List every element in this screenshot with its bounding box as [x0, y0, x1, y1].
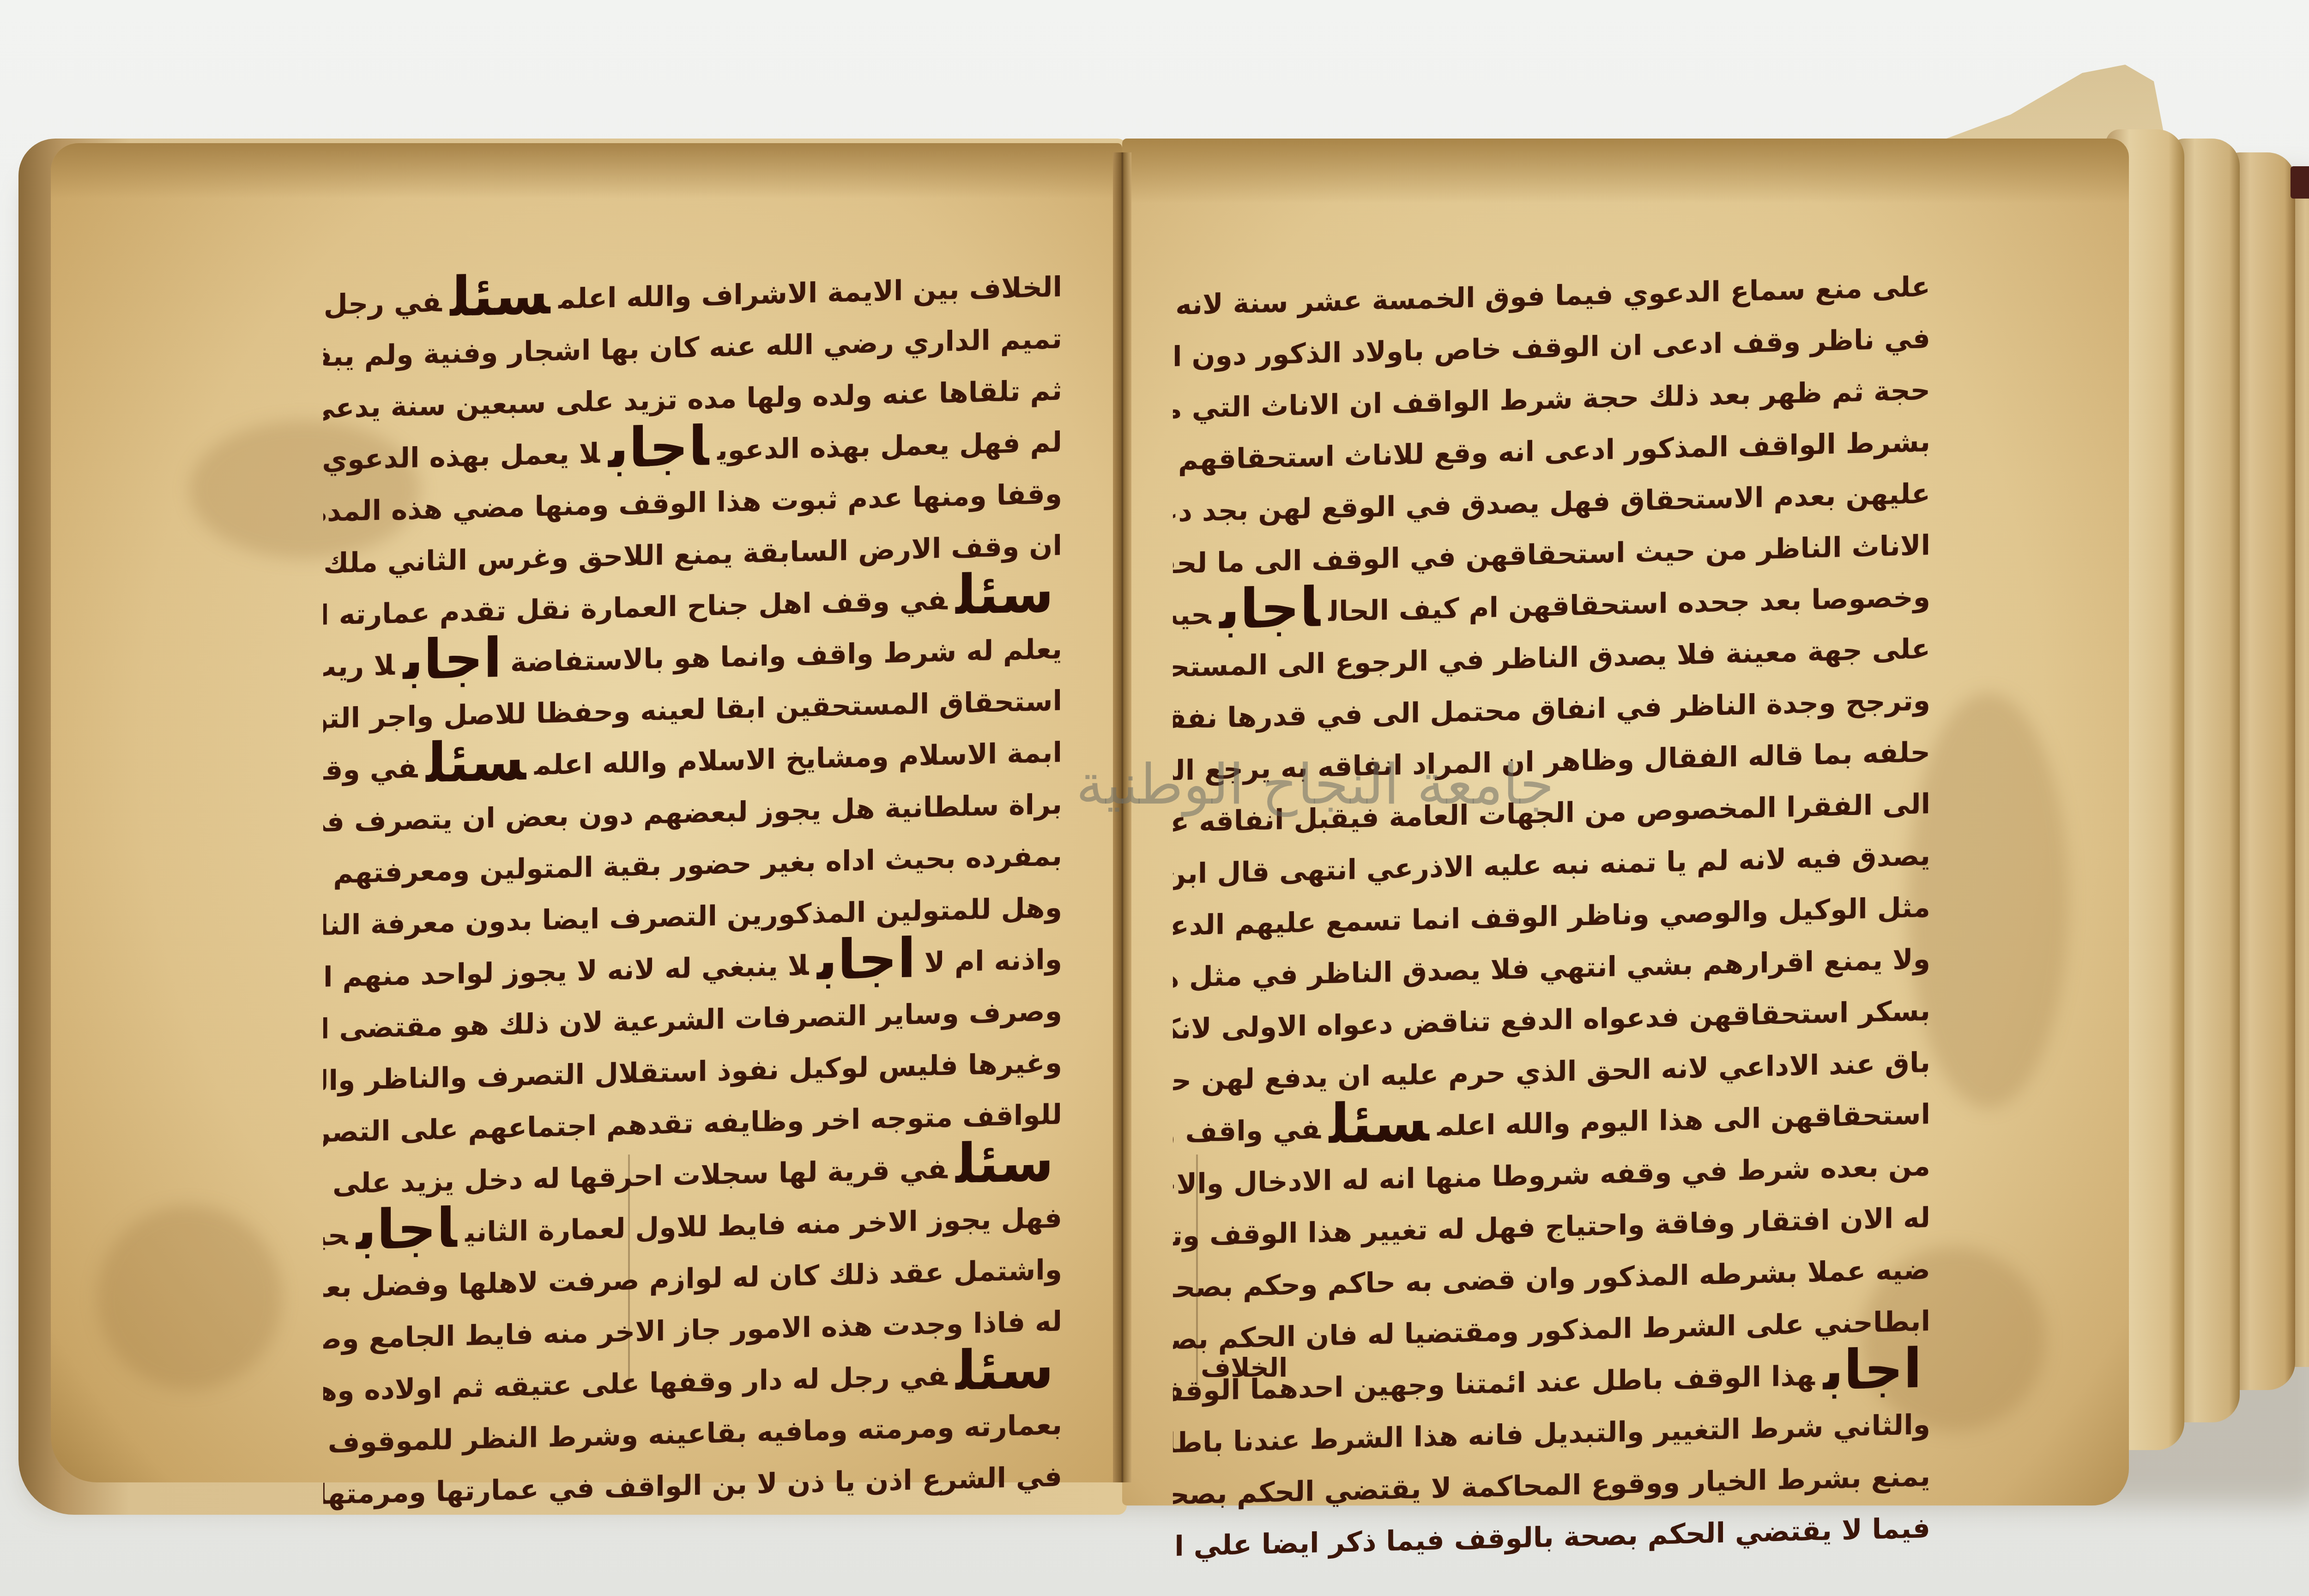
question-answer-heading: اجاب	[1823, 1345, 1922, 1403]
question-answer-heading: سئل	[956, 1138, 1054, 1196]
line-text: ابمة الاسلام ومشايخ الاسلام والله اعلم	[534, 736, 1062, 781]
watermark: جامعة النجاح الوطنية	[1076, 753, 1554, 817]
line-text: حيث كان الواقف اهلها	[1173, 598, 1211, 638]
catchword: الخلاف	[1201, 1353, 1287, 1383]
line-text: في رجل تحت يده ارض وقف	[323, 286, 442, 328]
line-text: فهل يجوز الاخر منه فايط للاول لعمارة الث…	[465, 1202, 1062, 1249]
question-answer-heading: سئل	[450, 263, 550, 329]
question-answer-heading: سئل	[956, 569, 1054, 627]
line-text: في وقف استولى على توليته جماعة بموجب	[323, 752, 418, 794]
question-answer-heading: سئل	[956, 1345, 1054, 1403]
stain	[1907, 693, 2069, 1108]
line-text: لا ريب ان عمارة الوقف مقدمة على	[323, 649, 395, 691]
stain	[97, 1205, 282, 1390]
right-page-torn-edge	[1122, 139, 2129, 203]
line-text: حيث تحقق الاول المراد ووجد ذلك	[323, 1219, 348, 1259]
line-text: استحقاقهن الى هذا اليوم والله اعلم	[1437, 1098, 1930, 1143]
question-answer-heading: اجاب	[817, 931, 916, 992]
line-text: لا يعمل بهذه الدعوي لامور منها ان الاشجا…	[323, 437, 600, 484]
line-text: واذنه ام لا	[924, 943, 1062, 979]
line-text: لم فهل يعمل بهذه الدعوي	[717, 426, 1062, 466]
line-text: وخصوصا بعد جحده استحقاقهن ام كيف الحال	[1329, 581, 1930, 628]
left-page-text: الخلاف بين الايمة الاشراف والله اعلمسئلف…	[323, 268, 1062, 1509]
binding-tab	[2291, 166, 2309, 199]
line-text: الخلاف بين الايمة الاشراف والله اعلم	[558, 271, 1062, 315]
line-text: يعلم له شرط واقف وانما هو بالاستفاضة	[510, 633, 1062, 678]
line-text: في واقف وقف على نفسه مده حياته ثم	[1173, 1113, 1321, 1156]
left-page-torn-edge	[51, 143, 1122, 199]
book-gutter	[1113, 152, 1131, 1482]
